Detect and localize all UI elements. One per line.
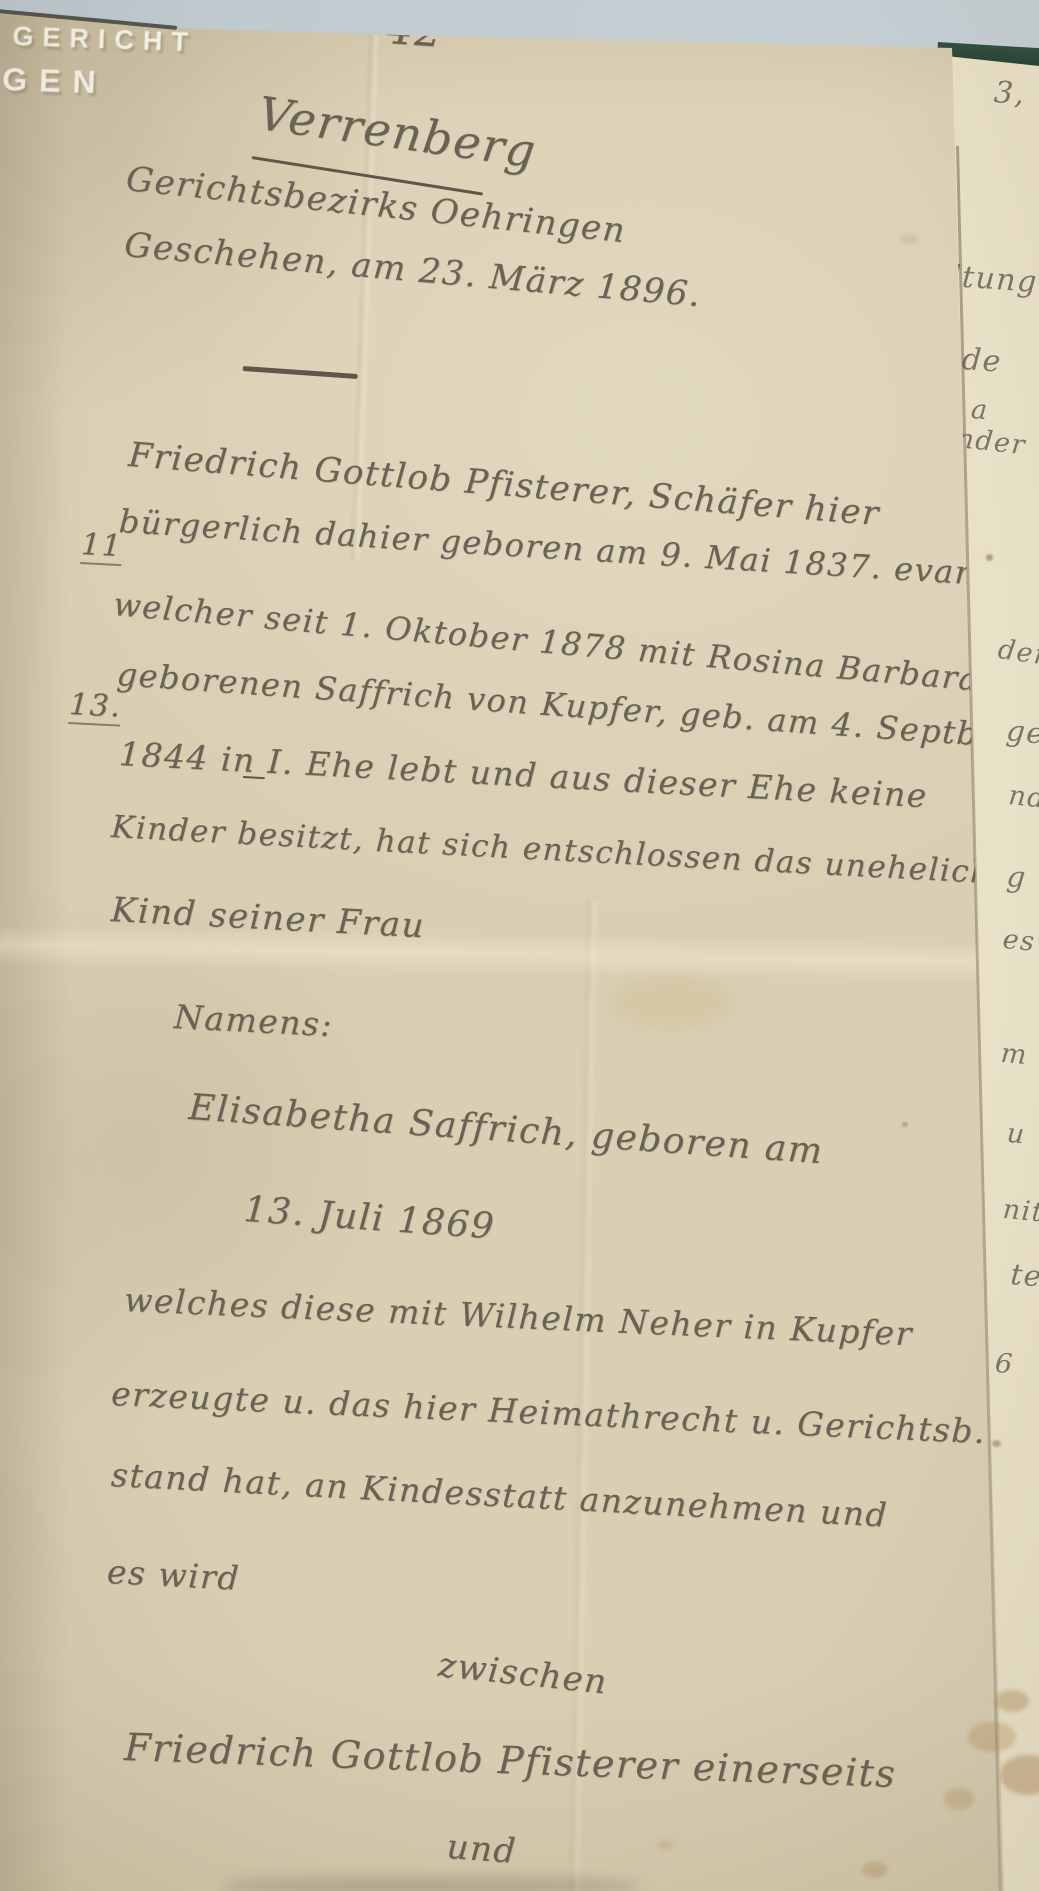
text-line: Kinder besitzt, hat sich entschlossen da… — [110, 812, 1012, 890]
text-fragment: g — [1005, 862, 1028, 893]
embossed-court-stamp-line1: GERICHT — [13, 22, 198, 59]
text-fragment: a — [970, 396, 989, 424]
text-fragment: u — [1006, 1120, 1027, 1149]
text-fragment: 6 — [994, 1350, 1015, 1378]
text-line: Elisabetha Saffrich, geboren am — [187, 1090, 824, 1170]
text-fragment: es — [1002, 926, 1037, 956]
margin-note-13: 13. — [68, 690, 122, 727]
document-title: Verrenberg — [256, 90, 540, 175]
paper-crease — [0, 924, 1010, 984]
text-fragment: den — [996, 636, 1039, 670]
text-line: Friedrich Gottlob Pfisterer einerseits — [124, 1728, 897, 1793]
text-fragment: m — [1000, 1040, 1029, 1069]
text-fragment: te — [1009, 1260, 1039, 1292]
text-line: 13. Juli 1869 — [242, 1192, 496, 1245]
text-line: und — [446, 1830, 518, 1869]
text-fragment: ltung — [950, 262, 1039, 298]
text-fragment: ge — [1005, 716, 1039, 749]
margin-note-11: 11 — [80, 530, 123, 566]
separator-stroke — [243, 366, 358, 379]
text-fragment: nd — [1007, 782, 1039, 813]
text-fragment: nit — [1002, 1196, 1039, 1227]
text-line: Namens: — [173, 1000, 334, 1041]
page-number: 42 — [385, 8, 444, 54]
text-line: welches diese mit Wilhelm Neher in Kupfe… — [124, 1283, 914, 1350]
text-line: 1844 in I. Ehe lebt und aus dieser Ehe k… — [118, 737, 928, 812]
text-fragment: de — [961, 345, 1003, 378]
text-line: stand hat, an Kindesstatt anzunehmen und — [110, 1458, 889, 1532]
next-page-number: 3, — [993, 78, 1027, 110]
document-sheet: GERICHT GEN 42 Verrenberg Gerichtsbezirk… — [0, 0, 1039, 1891]
photo-of-document: 3, ltung de a inder den ge nd g es m u n… — [0, 0, 1039, 1891]
embossed-court-stamp-line2: GEN — [3, 62, 110, 103]
text-line: es wird — [106, 1555, 241, 1595]
text-line: erzeugte u. das hier Heimathrecht u. Ger… — [111, 1377, 987, 1448]
